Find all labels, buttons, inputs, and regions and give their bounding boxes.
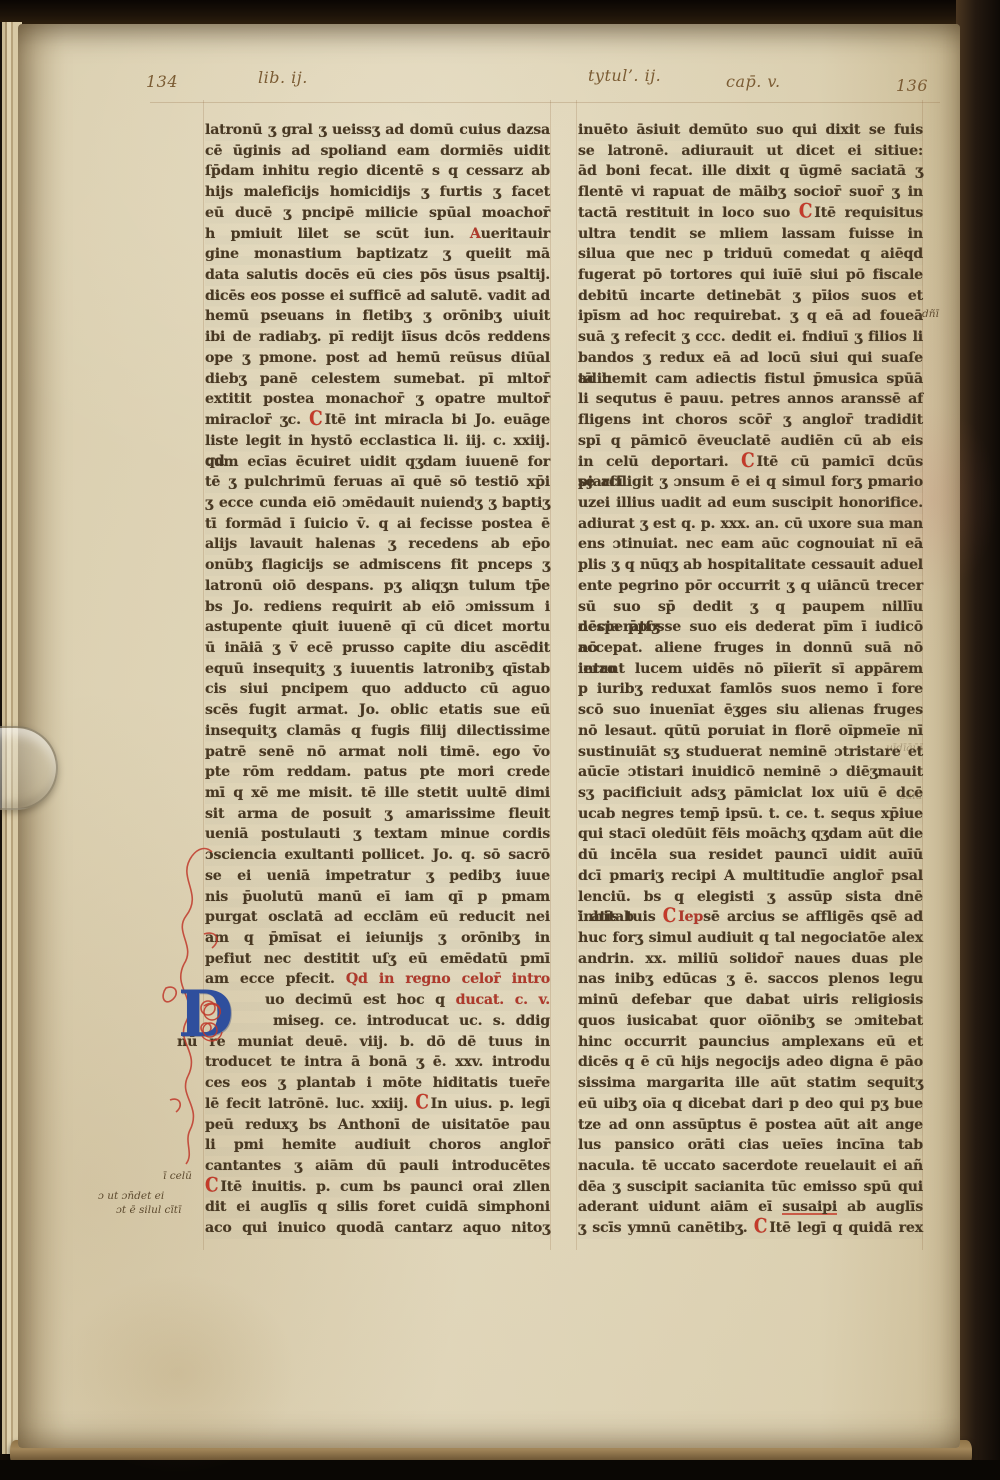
body-text: ʒ ecce cunda eiō ɔmēdauit nuiendʒ ʒ bapt… xyxy=(205,495,550,511)
body-text: scēs fugit armat. Jo. oblic etatis sue e… xyxy=(205,702,550,718)
manuscript-line: dicēs q ē cū hijs negocijs adeo digna ē … xyxy=(578,1052,923,1073)
manuscript-line-text: se ei ueniā impetratur ʒ pedibʒ iuue xyxy=(205,866,550,887)
folio-number-right: 136 xyxy=(896,76,928,95)
text-column-right: inuēto āsiuit demūto suo qui dixit se fu… xyxy=(578,120,923,1239)
body-text: flentē vi rapuat de māibʒ socior̄ suor̄ … xyxy=(578,184,923,200)
manuscript-line: tze ad onn assūptus ē postea aūt ait ang… xyxy=(578,1115,923,1136)
paraph-mark: C xyxy=(663,908,678,924)
body-text: bs Jo. rediens requirit ab eiō ɔmissum i xyxy=(205,599,550,615)
manuscript-line-text: dēa ʒ suscipit sacianita tūc emisso spū … xyxy=(578,1177,923,1198)
manuscript-line: sissima margarita ille aūt statim sequit… xyxy=(578,1073,923,1094)
body-text: sissima margarita ille aūt statim sequit… xyxy=(578,1075,923,1091)
body-text: diebʒ panē celestem sumebat. pī mltor̄ xyxy=(205,371,550,387)
body-text: tze ad onn assūptus ē postea aūt ait ang… xyxy=(578,1117,923,1133)
manuscript-line: dcī pmariʒ recipi A multitudīe anglor̄ p… xyxy=(578,866,923,887)
body-text: astupente qiuit iuuenē qī cū dicet mortu xyxy=(205,619,550,635)
manuscript-line: ū ināiā ʒ v̄ ecē prusso capite diu ascēd… xyxy=(205,638,550,659)
manuscript-line: cis siui pncipem quo adducto cū aguo xyxy=(205,679,550,700)
manuscript-line: sustinuiāt sʒ studuerat neminē ɔtristare… xyxy=(578,742,923,763)
manuscript-line: cum ecīas ēcuiret uidit qʒdam iuuenē for xyxy=(205,452,550,473)
manuscript-line-text: miraclor̄ ʒc. CItē int miracla bi Jo. eu… xyxy=(205,410,550,431)
body-text: miraclor̄ ʒc. xyxy=(205,412,309,428)
body-text: h pmiuit lilet se scūt iun. xyxy=(205,226,470,242)
manuscript-line: am q p̄mīsat ei ieiunijs ʒ orōnibʒ in xyxy=(205,928,550,949)
body-text: dēa ʒ suscipit sacianita tūc emisso spū … xyxy=(578,1179,923,1195)
manuscript-line-text: tē ʒ pulchrimū feruas aī quē sō testiō x… xyxy=(205,472,550,493)
manuscript-line-text: lus pansico orāti cias ueīes incīna tab xyxy=(578,1135,923,1156)
manuscript-line: pte rōm reddam. patus pte mori crede xyxy=(205,762,550,783)
manuscript-line: ierant lucem uidēs nō pīierīt sī appārem xyxy=(578,659,923,680)
manuscript-line-text: sʒ pacificiuit adsʒ pāmiclat lox uiū ē d… xyxy=(578,783,923,804)
body-text: extitit postea monachor̄ ʒ opatre multor… xyxy=(205,391,550,407)
body-text: hemū pseuans in fletibʒ ʒ orōnibʒ uiuit xyxy=(205,308,550,324)
paraph-mark: C xyxy=(309,411,324,427)
manuscript-line-text: ens ɔtinuiat. nec eam aūc cognouiat nī e… xyxy=(578,534,923,555)
manuscript-line: se ei ueniā impetratur ʒ pedibʒ iuue xyxy=(205,866,550,887)
manuscript-line: dēa ʒ suscipit sacianita tūc emisso spū … xyxy=(578,1177,923,1198)
header-ruling-line xyxy=(150,102,940,103)
body-text: inuēto āsiuit demūto suo qui dixit se fu… xyxy=(578,122,923,138)
manuscript-line: lus pansico orāti cias ueīes incīna tab xyxy=(578,1135,923,1156)
manuscript-line-text: troducet te intra ā bonā ʒ ē. xxv. intro… xyxy=(205,1052,550,1073)
manuscript-line: h pmiuit lilet se scūt iun. Aueritauir xyxy=(205,224,550,245)
manuscript-line-text: ueniā postulauti ʒ textam minue cordis xyxy=(205,824,550,845)
rubric-text: Qd in regno celor̄ intro xyxy=(346,971,550,987)
body-text: hijs maleficijs homicidijs ʒ furtis ʒ fa… xyxy=(205,184,550,200)
manuscript-line-text: in celū deportari. CItē cū pamicī dcūs p… xyxy=(578,452,923,473)
manuscript-line: se affligit ʒ ɔnsum ē ei q simul forʒ pm… xyxy=(578,472,923,493)
manuscript-line-text: nēcia p̄posse suo eis dederat pīm ī iudi… xyxy=(578,617,923,638)
body-text: nis p̄uolutū manū eī iam qī p pmam xyxy=(205,889,550,905)
manuscript-line-text: sū suo sp̄ dedit ʒ q paupem nillīu despe… xyxy=(578,597,923,618)
manuscript-line-text: ente pegrino pōr occurrit ʒ q uiāncū tre… xyxy=(578,576,923,597)
body-text: li pmi hemite audiuit choros anglor̄ xyxy=(205,1137,550,1153)
paraph-mark: C xyxy=(205,1178,220,1194)
manuscript-line: tactā restituit in loco suo CItē requisi… xyxy=(578,203,923,224)
manuscript-line: ſp̄dam inhitu regio dicentē s q cessarz … xyxy=(205,161,550,182)
manuscript-line-text: cantantes ʒ aiām dū pauli introducētes xyxy=(205,1156,550,1177)
manuscript-line-text: dicēs eos posse ei sufficē ad salutē. va… xyxy=(205,286,550,307)
manuscript-line-text: aderant uidunt aiām eī susaipi ab auglīs xyxy=(578,1197,923,1218)
manuscript-photo: 134 lib. ij. tytul’. ij. cap̄. v. 136 la… xyxy=(0,0,1000,1480)
paraph-mark: C xyxy=(754,1219,769,1235)
manuscript-line-text: qui stacī oledūit fēis moāchʒ qʒdam aūt … xyxy=(578,824,923,845)
body-text: cantantes ʒ aiām dū pauli introducētes xyxy=(205,1158,550,1174)
body-text: eū ducē ʒ pncipē milicie spūal moachor̄ xyxy=(205,205,550,221)
manuscript-line: dū incēla sua residet pauncī uidit auīū xyxy=(578,845,923,866)
manuscript-line: latronū oiō despans. pʒ aliqʒn tulum tp̄… xyxy=(205,576,550,597)
manuscript-line: CItē inuitis. p. cum bs paunci orai zlle… xyxy=(205,1177,550,1198)
manuscript-line-text: li pmi hemite audiuit choros anglor̄ xyxy=(205,1135,550,1156)
manuscript-line: nēcia p̄posse suo eis dederat pīm ī iudi… xyxy=(578,617,923,638)
body-text: gine monastium baptizatz ʒ queiit mā xyxy=(205,246,550,262)
body-text: lus pansico orāti cias ueīes incīna tab xyxy=(578,1137,923,1153)
manuscript-line-text: bandos ʒ redux eā ad locū siui qui suaſe… xyxy=(578,348,923,369)
manuscript-line: tā hemit cam adiectis fistul p̄musica sp… xyxy=(578,369,923,390)
manuscript-line: andrin. xx. miliū solidor̄ naues duas pl… xyxy=(578,949,923,970)
manuscript-line: suā ʒ refecit ʒ ccc. dedit ei. fndiuī ʒ … xyxy=(578,327,923,348)
manuscript-line-text: nis p̄uolutū manū eī iam qī p pmam xyxy=(205,887,550,908)
manuscript-line: ens ɔtinuiat. nec eam aūc cognouiat nī e… xyxy=(578,534,923,555)
manuscript-line: dicēs eos posse ei sufficē ad salutē. va… xyxy=(205,286,550,307)
manuscript-line: aūcīe ɔtistari inuidicō neminē ɔ diēʒmau… xyxy=(578,762,923,783)
manuscript-line-text: nacula. tē uccato sacerdote reuelauit ei… xyxy=(578,1156,923,1177)
body-text: ope ʒ pmone. post ad hemū reūsus diūal xyxy=(205,350,550,366)
manuscript-line-text: mī q xē me misit. tē ille stetit uultē d… xyxy=(205,783,550,804)
manuscript-line-text: data salutis docēs eū cies pōs ūsus psal… xyxy=(205,265,550,286)
body-text: quos iusicabat quor oīōnibʒ se ɔmitebat xyxy=(578,1013,923,1029)
body-text: p iuribʒ reduxat famlōs suos nemo ī fore xyxy=(578,681,923,697)
manuscript-line-text: ɔsciencia exultanti pollicet. Jo. q. sō … xyxy=(205,845,550,866)
manuscript-line-text: adiurat ʒ est q. p. xxx. an. cū uxore su… xyxy=(578,514,923,535)
manuscript-line: uo decimū est hoc q ducat. c. v. xyxy=(205,990,550,1011)
manuscript-line-text: ʒ ecce cunda eiō ɔmēdauit nuiendʒ ʒ bapt… xyxy=(205,493,550,514)
manuscript-line-text: gine monastium baptizatz ʒ queiit mā xyxy=(205,244,550,265)
body-text: uzei illius uadit ad eum suscipit honori… xyxy=(578,495,923,511)
manuscript-line: nacula. tē uccato sacerdote reuelauit ei… xyxy=(578,1156,923,1177)
manuscript-line-text: huc forʒ simul audiuit q tal negociatōe … xyxy=(578,928,923,949)
manuscript-line-text: ultra tendit se mliem lassam fuisse in xyxy=(578,224,923,245)
manuscript-line-text: CItē inuitis. p. cum bs paunci orai zlle… xyxy=(205,1177,550,1198)
running-title-titulus: tytul’. ij. xyxy=(588,66,661,85)
manuscript-line-text: ces eos ʒ plantab i mōte hiditatis tuer̄… xyxy=(205,1073,550,1094)
body-text: patrē senē nō armat noli timē. ego v̄o xyxy=(205,744,550,760)
manuscript-line-text: cē ūginis ad spoliand eam dormiēs uidit xyxy=(205,141,550,162)
manuscript-line-text: ibi de radiabʒ. pī redijt iīsus dcōs red… xyxy=(205,327,550,348)
body-text: li sequtus ē pauu. petres annos aranssē … xyxy=(578,391,923,407)
manuscript-line: ucab negres temp̄ ipsū. t. ce. t. sequs … xyxy=(578,804,923,825)
manuscript-line-text: peū reduxʒ bs Anthonī de uisitatōe pau xyxy=(205,1115,550,1136)
manuscript-line: hijs maleficijs homicidijs ʒ furtis ʒ fa… xyxy=(205,182,550,203)
manuscript-line-text: patrē senē nō armat noli timē. ego v̄o xyxy=(205,742,550,763)
body-text: nacula. tē uccato sacerdote reuelauit ei… xyxy=(578,1158,923,1174)
body-text: fugerat pō tortores qui iuīē siui pō fis… xyxy=(578,267,923,283)
body-text: debitū incarte detinebāt ʒ pīios suos et xyxy=(578,288,923,304)
manuscript-line-text: sissima margarita ille aūt statim sequit… xyxy=(578,1073,923,1094)
manuscript-line: ces eos ʒ plantab i mōte hiditatis tuer̄… xyxy=(205,1073,550,1094)
manuscript-line-text: h pmiuit lilet se scūt iun. Aueritauir xyxy=(205,224,550,245)
manuscript-line: ente pegrino pōr occurrit ʒ q uiāncū tre… xyxy=(578,576,923,597)
body-text: aderant uidunt aiām eī xyxy=(578,1199,782,1215)
manuscript-line: accepat. aliene fruges in donnū suā nō i… xyxy=(578,638,923,659)
body-text: ucab negres temp̄ ipsū. t. ce. t. sequs … xyxy=(578,806,923,822)
body-text: suā ʒ refecit ʒ ccc. dedit ei. fndiuī ʒ … xyxy=(578,329,923,345)
manuscript-line: astupente qiuit iuuenē qī cū dicet mortu xyxy=(205,617,550,638)
manuscript-line: nō lesaut. qūtū poruiat in florē oīpmeīe… xyxy=(578,721,923,742)
manuscript-line-text: silua que nec p triduū comedat q aiēqd xyxy=(578,244,923,265)
manuscript-line: fligens int choros scōr̄ ʒ anglor̄ tradi… xyxy=(578,410,923,431)
manuscript-line-text: diebʒ panē celestem sumebat. pī mltor̄ xyxy=(205,369,550,390)
manuscript-line: pefiut nec destitit uſʒ eū emēdatū pmī xyxy=(205,949,550,970)
body-text: dit ei auglīs q silis foret cuidā simpho… xyxy=(205,1199,550,1215)
body-text: ultra tendit se mliem lassam fuisse in xyxy=(578,226,923,242)
manuscript-line-text: eū uibʒ oīa q dicebat dari p deo qui pʒ … xyxy=(578,1094,923,1115)
body-text: dcī pmariʒ recipi A multitudīe anglor̄ p… xyxy=(578,868,923,884)
rubric-text: Iep xyxy=(678,909,703,925)
body-text: minū defebar que dabat uiris religiosis xyxy=(578,992,923,1008)
body-text: troducet te intra ā bonā ʒ ē. xxv. intro… xyxy=(205,1054,550,1070)
manuscript-line-text: ipīsm ad hoc requirebat. ʒ q eā ad foueā xyxy=(578,306,923,327)
manuscript-line: peū reduxʒ bs Anthonī de uisitatōe pau xyxy=(205,1115,550,1136)
body-text: miseg. ce. introducat uc. s. ddig xyxy=(273,1013,550,1029)
manuscript-line-text: dū incēla sua residet pauncī uidit auīū xyxy=(578,845,923,866)
body-text: andrin. xx. miliū solidor̄ naues duas pl… xyxy=(578,951,923,967)
manuscript-line-text: insequitʒ clamās q fugis filij dilectiss… xyxy=(205,721,550,742)
manuscript-line-text: uo decimū est hoc q ducat. c. v. xyxy=(265,990,550,1011)
manuscript-line: ɔsciencia exultanti pollicet. Jo. q. sō … xyxy=(205,845,550,866)
body-text: ens ɔtinuiat. nec eam aūc cognouiat nī e… xyxy=(578,536,923,552)
manuscript-line: uzei illius uadit ad eum suscipit honori… xyxy=(578,493,923,514)
manuscript-line: insequitʒ clamās q fugis filij dilectiss… xyxy=(205,721,550,742)
manuscript-line-text: accepat. aliene fruges in donnū suā nō i… xyxy=(578,638,923,659)
manuscript-line-text: equū insequitʒ ʒ iuuentis latronibʒ qīst… xyxy=(205,659,550,680)
manuscript-line-text: liste legit in hystō ecclastica li. iij.… xyxy=(205,431,550,452)
manuscript-line-text: fugerat pō tortores qui iuīē siui pō fis… xyxy=(578,265,923,286)
parchment-stain xyxy=(58,1274,298,1474)
body-text: huc forʒ simul audiuit q tal negociatōe … xyxy=(578,930,923,946)
text-column-left: latronū ʒ gral ʒ ueissʒ ad domū cuius da… xyxy=(205,120,550,1239)
rubric-text: A xyxy=(470,226,481,242)
manuscript-line-text: quos iusicabat quor oīōnibʒ se ɔmitebat xyxy=(578,1011,923,1032)
manuscript-line: gine monastium baptizatz ʒ queiit mā xyxy=(205,244,550,265)
manuscript-line-text: ope ʒ pmone. post ad hemū reūsus diūal xyxy=(205,348,550,369)
manuscript-line: minū defebar que dabat uiris religiosis xyxy=(578,990,923,1011)
body-text: In uius. p. legī xyxy=(431,1096,550,1112)
manuscript-line-text: plis ʒ q nūqʒ ab hospitalitate cessauit … xyxy=(578,555,923,576)
manuscript-line: flentē vi rapuat de māibʒ socior̄ suor̄ … xyxy=(578,182,923,203)
manuscript-line-text: uzei illius uadit ad eum suscipit honori… xyxy=(578,493,923,514)
body-text: in celū deportari. xyxy=(578,454,741,470)
manuscript-line-text: purgat osclatā ad ecclām eū reducit nei xyxy=(205,907,550,928)
manuscript-line: adiurat ʒ est q. p. xxx. an. cū uxore su… xyxy=(578,514,923,535)
manuscript-line-text: nō lesaut. qūtū poruiat in florē oīpmeīe… xyxy=(578,721,923,742)
body-text: tī formād ī ſuicio v̄. q ai fecisse post… xyxy=(205,516,550,532)
manuscript-line-text: scēs fugit armat. Jo. oblic etatis sue e… xyxy=(205,700,550,721)
margin-note: ī celū xyxy=(163,1170,192,1182)
manuscript-line-text: debitū incarte detinebāt ʒ pīios suos et xyxy=(578,286,923,307)
body-text: qui stacī oledūit fēis moāchʒ qʒdam aūt … xyxy=(578,826,923,842)
manuscript-line-text: flentē vi rapuat de māibʒ socior̄ suor̄ … xyxy=(578,182,923,203)
manuscript-line-text: li sequtus ē pauu. petres annos aranssē … xyxy=(578,389,923,410)
body-text: cis siui pncipem quo adducto cū aguo xyxy=(205,681,550,697)
margin-note: suīū xyxy=(900,790,922,802)
body-text: ente pegrino pōr occurrit ʒ q uiāncū tre… xyxy=(578,578,923,594)
body-text: ueritauir xyxy=(481,226,550,242)
margin-note: ɔ ut ɔn̄det ei xyxy=(98,1190,164,1202)
manuscript-line: se latronē. adiurauit ut dicet ei sitiue… xyxy=(578,141,923,162)
body-text: se ei ueniā impetratur ʒ pedibʒ iuue xyxy=(205,868,550,884)
manuscript-line: mī q xē me misit. tē ille stetit uultē d… xyxy=(205,783,550,804)
body-text: ɔsciencia exultanti pollicet. Jo. q. sō … xyxy=(205,847,550,863)
body-text: sit arma de posuit ʒ amarissime fleuit xyxy=(205,806,550,822)
manuscript-line-text: latronū oiō despans. pʒ aliqʒn tulum tp̄… xyxy=(205,576,550,597)
manuscript-line-text: tā hemit cam adiectis fistul p̄musica sp… xyxy=(578,369,923,390)
manuscript-line: scēs fugit armat. Jo. oblic etatis sue e… xyxy=(205,700,550,721)
manuscript-line: ʒ ecce cunda eiō ɔmēdauit nuiendʒ ʒ bapt… xyxy=(205,493,550,514)
manuscript-line-text: hinc occurrit pauncius amplexans eū et xyxy=(578,1032,923,1053)
body-text: onūbʒ flagicijs se admiscens fit pnceps … xyxy=(205,557,550,573)
manuscript-line: silua que nec p triduū comedat q aiēqd xyxy=(578,244,923,265)
body-text: ipīsm ad hoc requirebat. ʒ q eā ad foueā xyxy=(578,308,923,324)
manuscript-line: plis ʒ q nūqʒ ab hospitalitate cessauit … xyxy=(578,555,923,576)
manuscript-line-text: bs Jo. rediens requirit ab eiō ɔmissum i xyxy=(205,597,550,618)
body-text: scō suo inuenīat ēʒges siu alienas fruge… xyxy=(578,702,923,718)
manuscript-line: debitū incarte detinebāt ʒ pīios suos et xyxy=(578,286,923,307)
body-text: cum ecīas ēcuiret uidit qʒdam iuuenē for xyxy=(205,454,550,470)
manuscript-line: miseg. ce. introducat uc. s. ddig xyxy=(205,1011,550,1032)
manuscript-line: lenciū. bs q elegisti ʒ assūp sista dnē … xyxy=(578,887,923,908)
manuscript-line-text: am q p̄mīsat ei ieiunijs ʒ orōnibʒ in xyxy=(205,928,550,949)
body-text: eū uibʒ oīa q dicebat dari p deo qui pʒ … xyxy=(578,1096,923,1112)
body-text: purgat osclatā ad ecclām eū reducit nei xyxy=(205,909,550,925)
body-text: pefiut nec destitit uſʒ eū emēdatū pmī xyxy=(205,951,550,967)
manuscript-line: latronū ʒ gral ʒ ueissʒ ad domū cuius da… xyxy=(205,120,550,141)
body-text: dicēs q ē cū hijs negocijs adeo digna ē … xyxy=(578,1054,923,1070)
manuscript-line: huc forʒ simul audiuit q tal negociatōe … xyxy=(578,928,923,949)
body-text: Itē inuitis. p. cum bs paunci orai zllen xyxy=(220,1179,550,1195)
body-text: hinc occurrit pauncius amplexans eū et xyxy=(578,1034,923,1050)
manuscript-line-text: cis siui pncipem quo adducto cū aguo xyxy=(205,679,550,700)
body-text: am q p̄mīsat ei ieiunijs ʒ orōnibʒ in xyxy=(205,930,550,946)
body-text: ierant lucem uidēs nō pīierīt sī appārem xyxy=(578,661,923,677)
body-text: cē ūginis ad spoliand eam dormiēs uidit xyxy=(205,143,550,159)
manuscript-line: in celū deportari. CItē cū pamicī dcūs p… xyxy=(578,452,923,473)
body-text: ū ināiā ʒ v̄ ecē prusso capite diu ascēd… xyxy=(205,640,550,656)
column2-left-ruling xyxy=(576,100,577,1250)
manuscript-line-text: ʒ scīs ymnū canētibʒ. CItē legī q quidā … xyxy=(578,1218,923,1239)
manuscript-line-text: alijs lavauit halenas ʒ recedens ab ep̄o xyxy=(205,534,550,555)
manuscript-line-text: tze ad onn assūptus ē postea aūt ait ang… xyxy=(578,1115,923,1136)
body-text: latronū oiō despans. pʒ aliqʒn tulum tp̄… xyxy=(205,578,550,594)
manuscript-line: li sequtus ē pauu. petres annos aranssē … xyxy=(578,389,923,410)
manuscript-line-text: se latronē. adiurauit ut dicet ei sitiue… xyxy=(578,141,923,162)
manuscript-line-text: pte rōm reddam. patus pte mori crede xyxy=(205,762,550,783)
manuscript-line: onūbʒ flagicijs se admiscens fit pnceps … xyxy=(205,555,550,576)
manuscript-line-text: aūcīe ɔtistari inuidicō neminē ɔ diēʒmau… xyxy=(578,762,923,783)
body-text: ibi de radiabʒ. pī redijt iīsus dcōs red… xyxy=(205,329,550,345)
manuscript-line-text: lenciū. bs q elegisti ʒ assūp sista dnē … xyxy=(578,887,923,908)
body-text: ād boni fecat. ille dixit q ūgmē saciatā… xyxy=(578,163,923,179)
folio-number-left: 134 xyxy=(146,72,178,91)
manuscript-line-text: ī atīs tuis CIepsē arcius se affligēs qs… xyxy=(578,907,923,928)
margin-note: ɔt ē silul cītī xyxy=(116,1204,181,1216)
manuscript-line: eū ducē ʒ pncipē milicie spūal moachor̄ xyxy=(205,203,550,224)
manuscript-line: ope ʒ pmone. post ad hemū reūsus diūal xyxy=(205,348,550,369)
body-text: plis ʒ q nūqʒ ab hospitalitate cessauit … xyxy=(578,557,923,573)
body-text: insequitʒ clamās q fugis filij dilectiss… xyxy=(205,723,550,739)
manuscript-line-text: dicēs q ē cū hijs negocijs adeo digna ē … xyxy=(578,1052,923,1073)
manuscript-line: patrē senē nō armat noli timē. ego v̄o xyxy=(205,742,550,763)
manuscript-line-text: miseg. ce. introducat uc. s. ddig xyxy=(273,1011,550,1032)
manuscript-line-text: nas inibʒ edūcas ʒ ē. saccos plenos legu xyxy=(578,969,923,990)
manuscript-line: cantantes ʒ aiām dū pauli introducētes xyxy=(205,1156,550,1177)
manuscript-line-text: ū ināiā ʒ v̄ ecē prusso capite diu ascēd… xyxy=(205,638,550,659)
body-text: tactā restituit in loco suo xyxy=(578,205,799,221)
manuscript-line: nas inibʒ edūcas ʒ ē. saccos plenos legu xyxy=(578,969,923,990)
manuscript-line: sū suo sp̄ dedit ʒ q paupem nillīu despe… xyxy=(578,597,923,618)
manuscript-line-text: pefiut nec destitit uſʒ eū emēdatū pmī xyxy=(205,949,550,970)
body-text: dicēs eos posse ei sufficē ad salutē. va… xyxy=(205,288,550,304)
body-text: dū incēla sua residet pauncī uidit auīū xyxy=(578,847,923,863)
manuscript-line-text: astupente qiuit iuuenē qī cū dicet mortu xyxy=(205,617,550,638)
manuscript-line: aderant uidunt aiām eī susaipi ab auglīs xyxy=(578,1197,923,1218)
body-text: sē arcius se affligēs qsē ad xyxy=(703,909,923,925)
body-text: silua que nec p triduū comedat q aiēqd xyxy=(578,246,923,262)
manuscript-line-text: ād boni fecat. ille dixit q ūgmē saciatā… xyxy=(578,161,923,182)
manuscript-line: liste legit in hystō ecclastica li. iij.… xyxy=(205,431,550,452)
manuscript-line-text: minū defebar que dabat uiris religiosis xyxy=(578,990,923,1011)
manuscript-line: ultra tendit se mliem lassam fuisse in xyxy=(578,224,923,245)
column1-right-ruling xyxy=(550,100,551,1250)
body-text: sustinuiāt sʒ studuerat neminē ɔtristare… xyxy=(578,744,923,760)
body-text: pte rōm reddam. patus pte mori crede xyxy=(205,764,550,780)
manuscript-line-text: onūbʒ flagicijs se admiscens fit pnceps … xyxy=(205,555,550,576)
manuscript-line: miraclor̄ ʒc. CItē int miracla bi Jo. eu… xyxy=(205,410,550,431)
manuscript-line: ʒ scīs ymnū canētibʒ. CItē legī q quidā … xyxy=(578,1218,923,1239)
body-text: Itē int miracla bi Jo. euāge xyxy=(325,412,551,428)
initial-filigree xyxy=(188,996,234,1048)
manuscript-line: quos iusicabat quor oīōnibʒ se ɔmitebat xyxy=(578,1011,923,1032)
manuscript-line-text: se affligit ʒ ɔnsum ē ei q simul forʒ pm… xyxy=(578,472,923,493)
manuscript-line: data salutis docēs eū cies pōs ūsus psal… xyxy=(205,265,550,286)
paraph-mark: C xyxy=(799,204,814,220)
manuscript-line: spī q pāmicō ēveuclatē audiēn cū ab eis xyxy=(578,431,923,452)
body-text: tē ʒ pulchrimū feruas aī quē sō testiō x… xyxy=(205,474,550,490)
manuscript-line-text: fligens int choros scōr̄ ʒ anglor̄ tradi… xyxy=(578,410,923,431)
manuscript-line: ād boni fecat. ille dixit q ūgmē saciatā… xyxy=(578,161,923,182)
body-text: lē fecit latrōnē. luc. xxiij. xyxy=(205,1096,415,1112)
manuscript-line-text: ierant lucem uidēs nō pīierīt sī appārem xyxy=(578,659,923,680)
manuscript-line-text: aco qui inuico quodā cantarz aquo nitoʒ xyxy=(205,1218,550,1239)
body-text: ʒ scīs ymnū canētibʒ. xyxy=(578,1220,754,1236)
running-title-book: lib. ij. xyxy=(258,68,308,87)
manuscript-line: hemū pseuans in fletibʒ ʒ orōnibʒ uiuit xyxy=(205,306,550,327)
manuscript-line-text: ſp̄dam inhitu regio dicentē s q cessarz … xyxy=(205,161,550,182)
rubric-text: ducat. c. v. xyxy=(456,992,550,1008)
manuscript-line: am ecce pfecit. Qd in regno celor̄ intro xyxy=(205,969,550,990)
manuscript-line: ibi de radiabʒ. pī redijt iīsus dcōs red… xyxy=(205,327,550,348)
manuscript-line: sʒ pacificiuit adsʒ pāmiclat lox uiū ē d… xyxy=(578,783,923,804)
manuscript-line: ī atīs tuis CIepsē arcius se affligēs qs… xyxy=(578,907,923,928)
manuscript-line: scō suo inuenīat ēʒges siu alienas fruge… xyxy=(578,700,923,721)
body-text: nas inibʒ edūcas ʒ ē. saccos plenos legu xyxy=(578,971,923,987)
body-text: peū reduxʒ bs Anthonī de uisitatōe pau xyxy=(205,1117,550,1133)
body-text: latronū ʒ gral ʒ ueissʒ ad domū cuius da… xyxy=(205,122,550,138)
body-text: se latronē. adiurauit ut dicet ei sitiue… xyxy=(578,143,923,159)
manuscript-line: purgat osclatā ad ecclām eū reducit nei xyxy=(205,907,550,928)
manuscript-line-text: tactā restituit in loco suo CItē requisi… xyxy=(578,203,923,224)
manuscript-line: inuēto āsiuit demūto suo qui dixit se fu… xyxy=(578,120,923,141)
manuscript-line: ueniā postulauti ʒ textam minue cordis xyxy=(205,824,550,845)
paraph-mark: C xyxy=(741,452,756,468)
manuscript-line-text: tī formād ī ſuicio v̄. q ai fecisse post… xyxy=(205,514,550,535)
manuscript-line-text: lē fecit latrōnē. luc. xxiij. CIn uius. … xyxy=(205,1094,550,1115)
manuscript-line-text: eū ducē ʒ pncipē milicie spūal moachor̄ xyxy=(205,203,550,224)
body-text: Itē legī q quidā rex xyxy=(769,1220,923,1236)
body-text: Itē requisitus xyxy=(814,205,923,221)
manuscript-line: cē ūginis ad spoliand eam dormiēs uidit xyxy=(205,141,550,162)
manuscript-line-text: am ecce pfecit. Qd in regno celor̄ intro xyxy=(205,969,550,990)
body-text: aūcīe ɔtistari inuidicō neminē ɔ diēʒmau… xyxy=(578,764,923,780)
body-text: ueniā postulauti ʒ textam minue cordis xyxy=(205,826,550,842)
manuscript-line: li pmi hemite audiuit choros anglor̄ xyxy=(205,1135,550,1156)
body-text: mī q xē me misit. tē ille stetit uultē d… xyxy=(205,785,550,801)
body-text: aco qui inuico quodā cantarz aquo nitoʒ xyxy=(205,1220,550,1236)
manuscript-line: ipīsm ad hoc requirebat. ʒ q eā ad foueā xyxy=(578,306,923,327)
manuscript-line: lē fecit latrōnē. luc. xxiij. CIn uius. … xyxy=(205,1094,550,1115)
manuscript-line: diebʒ panē celestem sumebat. pī mltor̄ xyxy=(205,369,550,390)
manuscript-line-text: sustinuiāt sʒ studuerat neminē ɔtristare… xyxy=(578,742,923,763)
